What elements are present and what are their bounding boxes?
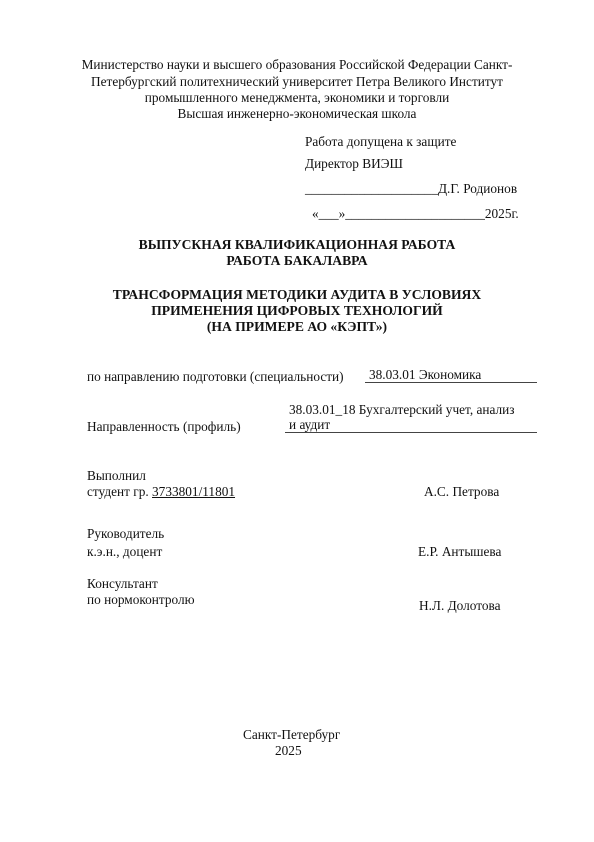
consultant-name: Н.Л. Долотова xyxy=(419,598,501,614)
signature-line: ____________________ xyxy=(305,181,438,196)
profile-value-line-2: и аудит xyxy=(289,417,330,433)
director-name: Д.Г. Родионов xyxy=(438,181,517,196)
profile-value-line-1: 38.03.01_18 Бухгалтерский учет, анализ xyxy=(289,402,515,418)
director-signature-row: ____________________Д.Г. Родионов xyxy=(305,181,517,197)
student-name: А.С. Петрова xyxy=(424,484,499,500)
header-line-1: Министерство науки и высшего образования… xyxy=(0,57,594,74)
header-line-4: Высшая инженерно-экономическая школа xyxy=(0,106,594,123)
student-group: 3733801/11801 xyxy=(152,484,235,499)
supervisor-name: Е.Р. Антышева xyxy=(418,544,501,560)
admitted-label: Работа допущена к защите xyxy=(305,134,456,150)
header-line-2: Петербургский политехнический университе… xyxy=(0,74,594,91)
footer-city: Санкт-Петербург xyxy=(243,727,340,743)
consultant-label: Консультант xyxy=(87,576,158,592)
student-prefix: студент гр. xyxy=(87,484,149,499)
supervisor-label: Руководитель xyxy=(87,526,164,542)
consultant-role: по нормоконтролю xyxy=(87,592,195,608)
work-type-line-1: ВЫПУСКНАЯ КВАЛИФИКАЦИОННАЯ РАБОТА xyxy=(0,237,594,253)
direction-underline xyxy=(365,382,537,383)
date-line: _____________________ xyxy=(345,206,485,221)
topic-line-1: ТРАНСФОРМАЦИЯ МЕТОДИКИ АУДИТА В УСЛОВИЯХ xyxy=(0,287,594,303)
topic-line-2: ПРИМЕНЕНИЯ ЦИФРОВЫХ ТЕХНОЛОГИЙ xyxy=(0,303,594,319)
date-year: 2025г. xyxy=(485,206,519,221)
supervisor-title: к.э.н., доцент xyxy=(87,544,162,560)
header-line-3: промышленного менеджмента, экономики и т… xyxy=(0,90,594,107)
profile-underline xyxy=(285,432,537,433)
director-position: Директор ВИЭШ xyxy=(305,156,403,172)
performed-label: Выполнил xyxy=(87,468,146,484)
direction-value: 38.03.01 Экономика xyxy=(369,367,481,383)
direction-label: по направлению подготовки (специальности… xyxy=(87,369,344,385)
profile-label: Направленность (профиль) xyxy=(87,419,241,435)
work-type-line-2: РАБОТА БАКАЛАВРА xyxy=(0,253,594,269)
topic-line-3: (НА ПРИМЕРЕ АО «КЭПТ») xyxy=(0,319,594,335)
approval-date-row: «___»_____________________2025г. xyxy=(312,206,519,222)
student-group-row: студент гр. 3733801/11801 xyxy=(87,484,235,500)
footer-year: 2025 xyxy=(275,743,302,759)
date-day: «___» xyxy=(312,206,345,221)
